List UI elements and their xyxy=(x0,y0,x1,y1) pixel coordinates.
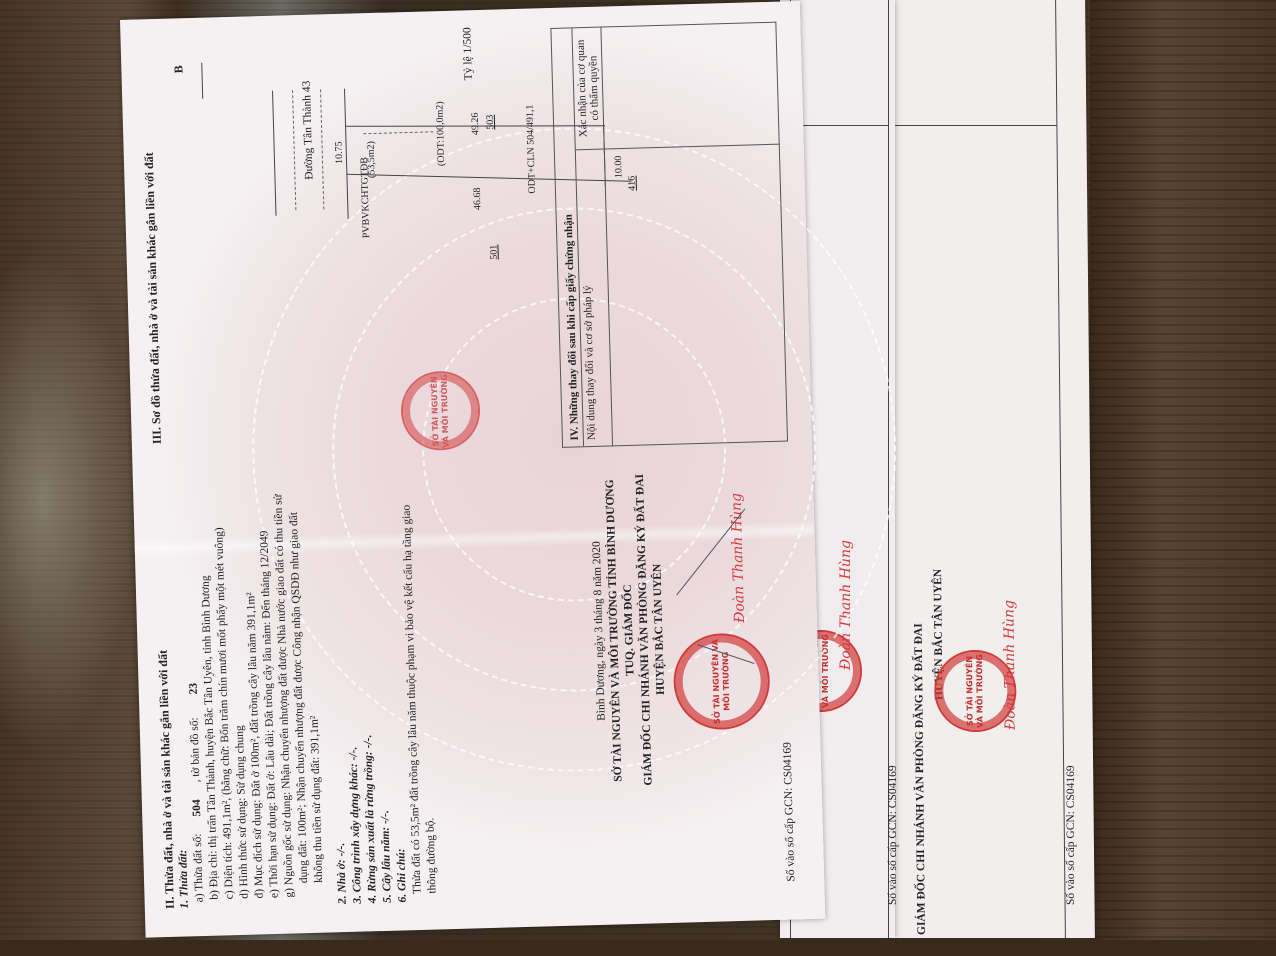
top-width: 10.75 xyxy=(331,141,347,164)
road-name: Đường Tân Thành 43 xyxy=(300,80,318,179)
back-2-stamp: SỞ TÀI NGUYÊN VÀ MÔI TRƯỜNG xyxy=(934,650,1017,732)
signature-block: Bình Dương, ngày 3 tháng 8 năm 2020 SỞ T… xyxy=(588,473,672,787)
table-edge xyxy=(0,940,1276,956)
back-2-org3: GIÁM ĐỐC CHI NHÁNH VĂN PHÒNG ĐĂNG KÝ ĐẤT… xyxy=(912,623,930,935)
col-authority-confirmation: Xác nhận của cơ quancó thẩm quyền xyxy=(572,27,604,149)
right-length: 49.26 xyxy=(468,112,484,135)
north-arrow-label: B xyxy=(171,65,186,73)
certificate-sheet-main: II. Thửa đất, nhà ở và tài sản khác gắn … xyxy=(120,1,825,938)
certificate-sheet-back-2: GIÁM ĐỐC CHI NHÁNH VĂN PHÒNG ĐĂNG KÝ ĐẤT… xyxy=(875,0,1095,938)
wooden-table-right xyxy=(1090,0,1276,956)
road-line-outer xyxy=(272,91,276,216)
section-2: II. Thửa đất, nhà ở và tài sản khác gắn … xyxy=(151,490,440,909)
residential-area: (ODT:100,0m2) xyxy=(432,101,449,166)
section-4: IV. Những thay đổi sau khi cấp giấy chứn… xyxy=(550,22,788,448)
neighbor-parcel-503: 503 xyxy=(483,114,498,129)
parcel-code: ODT+CLN 504/491,1 xyxy=(523,104,540,193)
left-length: 46.68 xyxy=(470,187,486,210)
north-arrow xyxy=(201,63,203,99)
light-glare xyxy=(0,250,140,750)
map-scale: Tỷ lệ 1/500 xyxy=(460,27,476,80)
registry-number-main: Số vào sổ cấp GCN: CS04169 xyxy=(780,742,799,882)
corridor-area: (53,5m2) xyxy=(363,141,379,178)
section-3-title: III. Sơ đồ thửa đất, nhà ở và tài sản kh… xyxy=(142,152,165,444)
registry-number-back-3: Số vào sổ cấp GCN: CS04169 xyxy=(1064,765,1079,905)
neighbor-parcel-501: 501 xyxy=(486,244,501,259)
changes-table: IV. Những thay đổi sau khi cấp giấy chứn… xyxy=(550,22,788,448)
registry-number-back-2: Số vào sổ cấp GCN: CS04169 xyxy=(886,765,901,905)
